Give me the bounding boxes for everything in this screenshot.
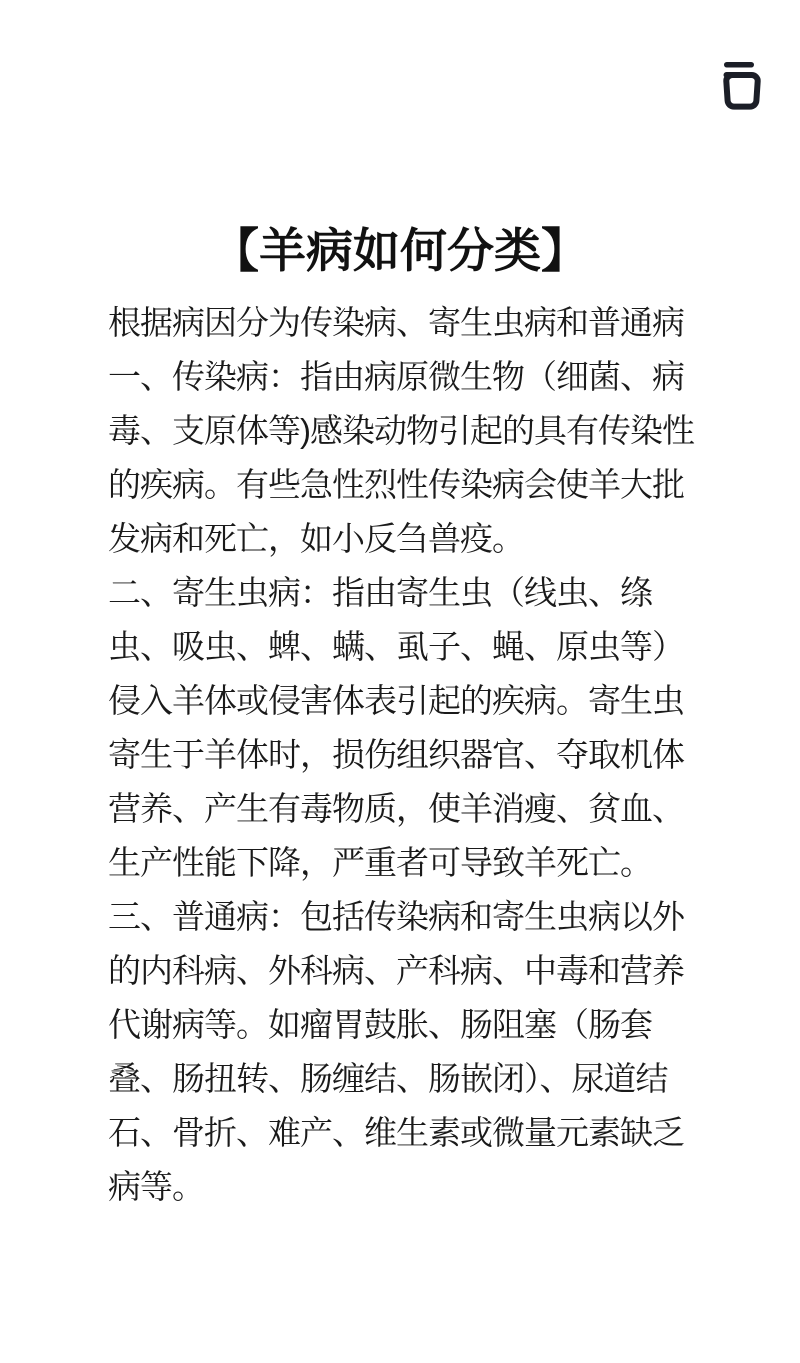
text-line: 发病和死亡，如小反刍兽疫。 — [108, 512, 708, 566]
text-line: 病等。 — [108, 1160, 708, 1214]
text-line: 侵入羊体或侵害体表引起的疾病。寄生虫 — [108, 674, 708, 728]
text-line: 二、寄生虫病：指由寄生虫（线虫、绦 — [108, 566, 708, 620]
article-body: 根据病因分为传染病、寄生虫病和普通病 一、传染病：指由病原微生物（细菌、病 毒、… — [108, 296, 708, 1214]
text-line: 三、普通病：包括传染病和寄生虫病以外 — [108, 890, 708, 944]
text-line: 的疾病。有些急性烈性传染病会使羊大批 — [108, 458, 708, 512]
text-line: 代谢病等。如瘤胃鼓胀、肠阻塞（肠套 — [108, 998, 708, 1052]
text-line: 石、骨折、难产、维生素或微量元素缺乏 — [108, 1106, 708, 1160]
text-line: 寄生于羊体时，损伤组织器官、夺取机体 — [108, 728, 708, 782]
text-line: 虫、吸虫、蜱、螨、虱子、蝇、原虫等） — [108, 620, 708, 674]
text-line: 生产性能下降，严重者可导致羊死亡。 — [108, 836, 708, 890]
text-line: 根据病因分为传染病、寄生虫病和普通病 — [108, 296, 708, 350]
text-line: 的内科病、外科病、产科病、中毒和营养 — [108, 944, 708, 998]
text-line: 毒、支原体等)感染动物引起的具有传染性 — [108, 404, 708, 458]
text-line: 一、传染病：指由病原微生物（细菌、病 — [108, 350, 708, 404]
page-title: 【羊病如何分类】 — [0, 220, 800, 282]
note-page: 【羊病如何分类】 根据病因分为传染病、寄生虫病和普通病 一、传染病：指由病原微生… — [0, 0, 800, 1363]
text-line: 叠、肠扭转、肠缠结、肠嵌闭）、尿道结 — [108, 1052, 708, 1106]
jar-icon — [716, 60, 762, 110]
text-line: 营养、产生有毒物质，使羊消瘦、贫血、 — [108, 782, 708, 836]
